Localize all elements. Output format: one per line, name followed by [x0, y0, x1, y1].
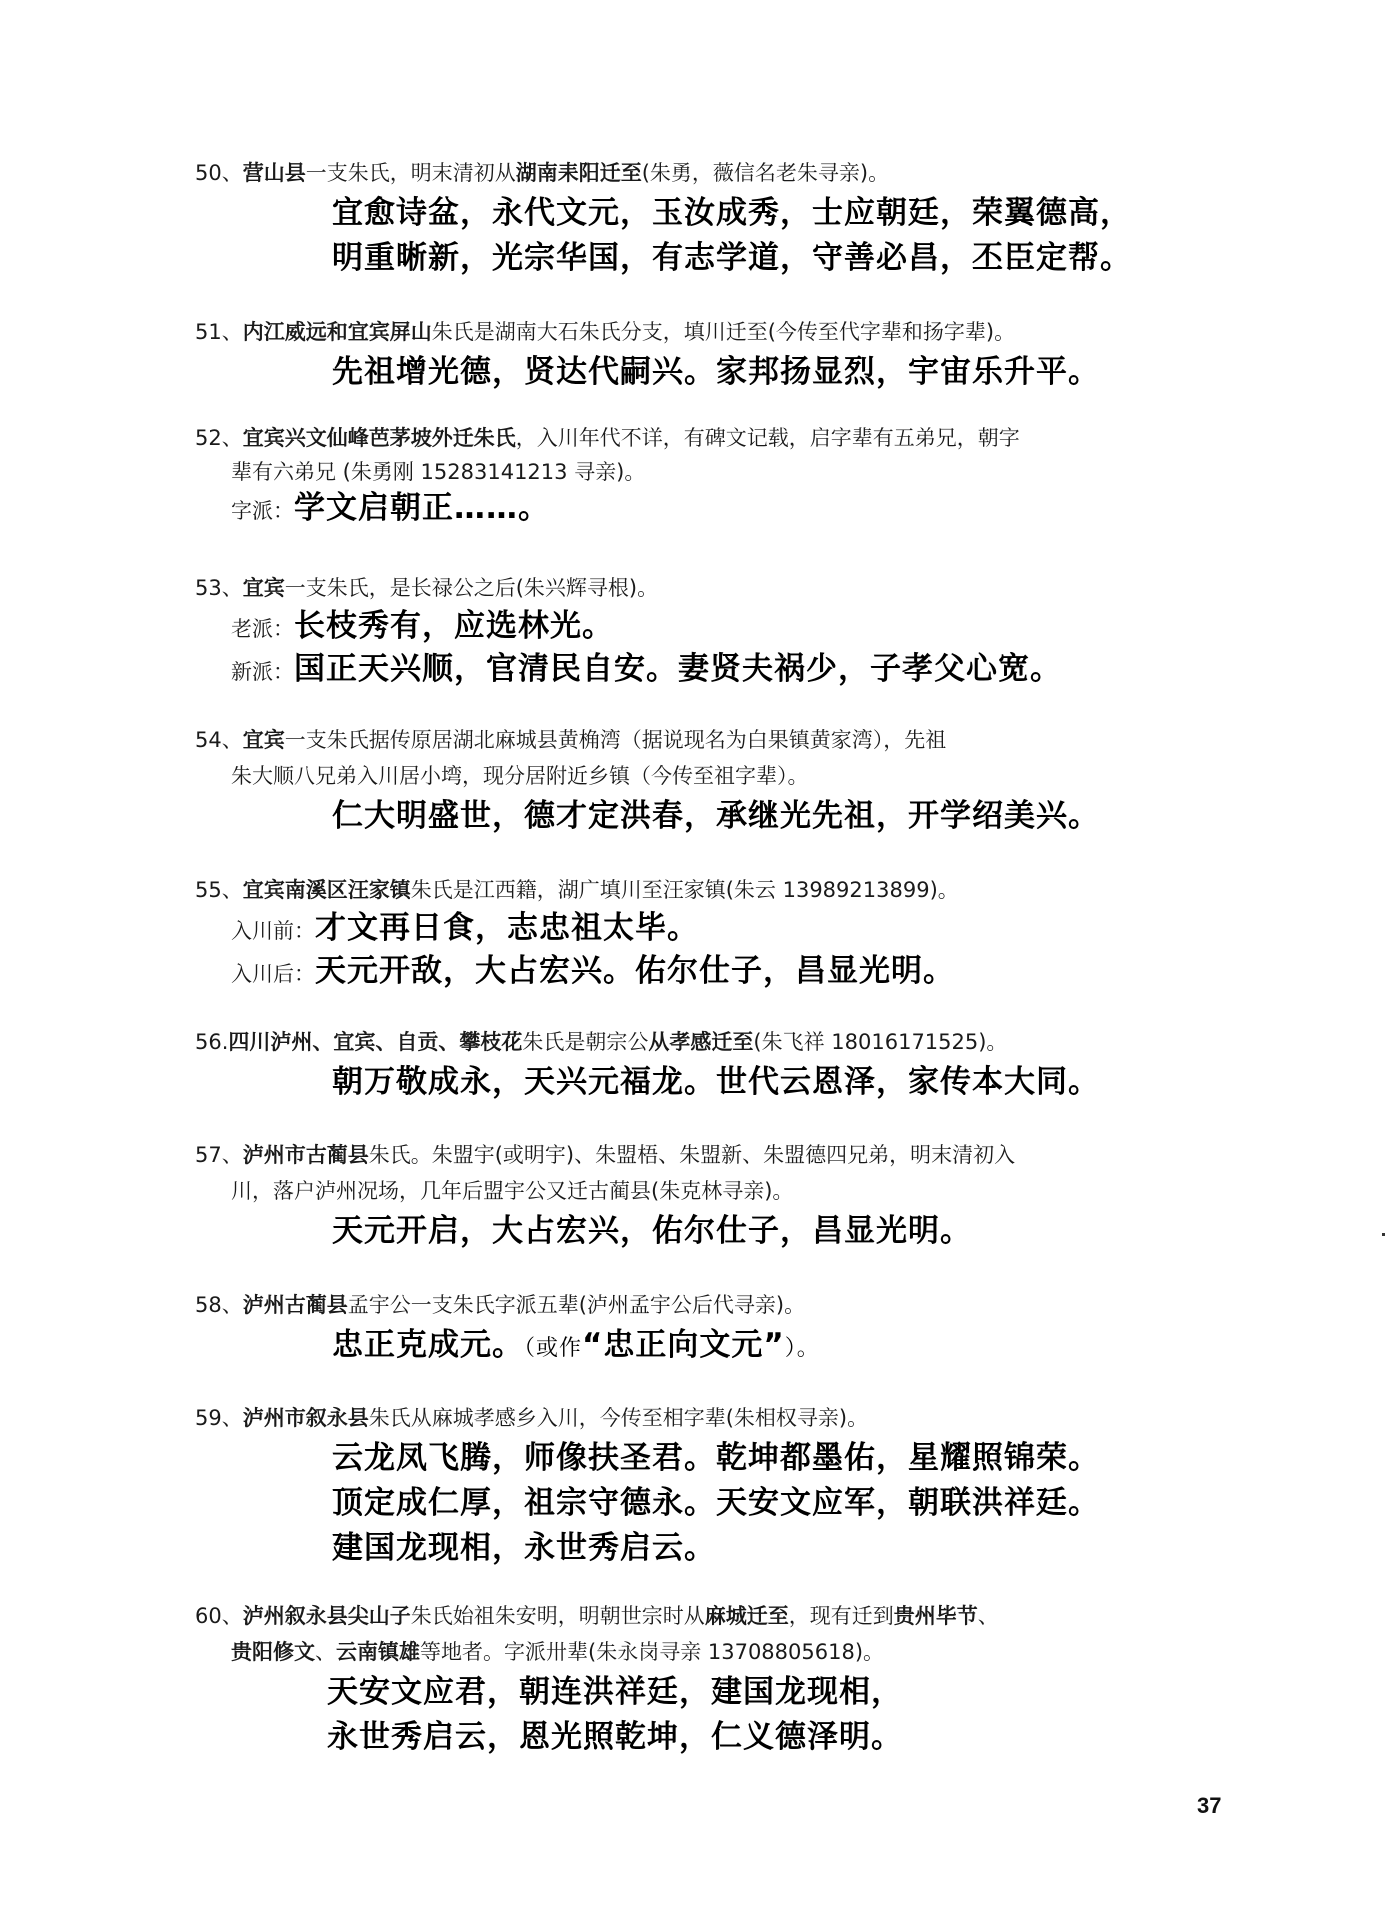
contact-note: (朱勇，薇信名老朱寻亲)。 [642, 161, 889, 185]
entry-heading: 55、宜宾南溪区汪家镇朱氏是江西籍，湖广填川至汪家镇(朱云 1398921389… [195, 880, 1235, 901]
heading-text: 一支朱氏，是长禄公之后(朱兴辉寻根)。 [285, 576, 658, 600]
place-name: 泸州市古蔺县 [243, 1143, 369, 1167]
entry-50: 50、营山县一支朱氏，明末清初从湖南耒阳迁至(朱勇，薇信名老朱寻亲)。 宜愈诗盆… [195, 163, 1235, 274]
scan-speck [1382, 1233, 1385, 1236]
entry-number: 58、 [195, 1293, 243, 1317]
generation-poem-line: 云龙凤飞腾，师像扶圣君。乾坤都墨佑，星耀照锦荣。 [195, 1443, 1235, 1474]
poem-alternate: “忠正向文元” [582, 1327, 785, 1363]
entry-58: 58、泸州古蔺县孟宇公一支朱氏字派五辈(泸州孟宇公后代寻亲)。 忠正克成元。（或… [195, 1295, 1235, 1361]
entry-number: 51、 [195, 320, 243, 344]
generation-poem-line: 顶定成仁厚，祖宗守德永。天安文应军，朝联洪祥廷。 [195, 1488, 1235, 1519]
page-number: 37 [1197, 1793, 1221, 1819]
entry-number: 55、 [195, 878, 243, 902]
generation-poem-line: 国正天兴顺，官清民自安。妻贤夫祸少，子孝父心宽。 [294, 651, 1062, 687]
poem-label: 老派： [195, 617, 294, 641]
contact-note: 等地者。字派卅辈(朱永岗寻亲 13708805618)。 [420, 1640, 884, 1664]
entry-number: 57、 [195, 1143, 243, 1167]
place-name: 宜宾 [243, 728, 285, 752]
heading-text: ，入川年代不详，有碑文记载，启字辈有五弟兄，朝字 [516, 426, 1020, 450]
heading-text: 朱氏是江西籍，湖广填川至汪家镇(朱云 13989213899)。 [411, 878, 959, 902]
poem-alt-close: ）。 [785, 1336, 820, 1361]
entry-number: 60、 [195, 1604, 243, 1628]
heading-text: 朱氏从麻城孝感乡入川，今传至相字辈(朱相权寻亲)。 [369, 1406, 868, 1430]
entry-55: 55、宜宾南溪区汪家镇朱氏是江西籍，湖广填川至汪家镇(朱云 1398921389… [195, 880, 1235, 987]
poem-label: 新派： [195, 660, 294, 684]
entry-heading: 51、内江威远和宜宾屏山朱氏是湖南大石朱氏分支，填川迁至(今传至代字辈和扬字辈)… [195, 322, 1235, 343]
heading-text: 一支朱氏，明末清初从 [306, 161, 516, 185]
entry-heading: 60、泸州叙永县尖山子朱氏始祖朱安明，明朝世宗时从麻城迁至，现有迁到贵州毕节、 [195, 1606, 1235, 1627]
generation-poem-line: 天元开敌，大占宏兴。佑尔仕子，昌显光明。 [315, 953, 955, 989]
entry-53: 53、宜宾一支朱氏，是长禄公之后(朱兴辉寻根)。 老派：长枝秀有，应选林光。 新… [195, 578, 1235, 685]
entry-56: 56.四川泸州、宜宾、自贡、攀枝花朱氏是朝宗公从孝感迁至(朱飞祥 1801617… [195, 1032, 1235, 1098]
entry-52: 52、宜宾兴文仙峰芭茅坡外迁朱氏，入川年代不详，有碑文记载，启字辈有五弟兄，朝字… [195, 428, 1235, 524]
destination-name: 云南镇雄 [336, 1640, 420, 1664]
generation-poem-line: 仁大明盛世，德才定洪春，承继光先祖，开学绍美兴。 [195, 801, 1235, 832]
generation-poem-line: 建国龙现相，永世秀启云。 [195, 1533, 1235, 1564]
entry-heading: 57、泸州市古蔺县朱氏。朱盟宇(或明宇)、朱盟梧、朱盟新、朱盟德四兄弟，明末清初… [195, 1145, 1235, 1166]
origin-name: 从孝感迁至 [648, 1030, 753, 1054]
generation-poem-line: 才文再日食，志忠祖太毕。 [315, 910, 699, 946]
entry-number: 56. [195, 1030, 228, 1054]
poem-label: 字派： [195, 499, 294, 523]
entry-57: 57、泸州市古蔺县朱氏。朱盟宇(或明宇)、朱盟梧、朱盟新、朱盟德四兄弟，明末清初… [195, 1145, 1235, 1247]
labeled-poem: 字派：学文启朝正……。 [195, 493, 1235, 524]
heading-text: 朱氏是朝宗公 [522, 1030, 648, 1054]
place-name: 泸州叙永县尖山子 [243, 1604, 411, 1628]
entry-59: 59、泸州市叙永县朱氏从麻城孝感乡入川，今传至相字辈(朱相权寻亲)。 云龙凤飞腾… [195, 1408, 1235, 1564]
heading-continuation: 川，落户泸州况场，几年后盟宇公又迁古蔺县(朱克林寻亲)。 [195, 1181, 1235, 1202]
entry-51: 51、内江威远和宜宾屏山朱氏是湖南大石朱氏分支，填川迁至(今传至代字辈和扬字辈)… [195, 322, 1235, 388]
generation-poem-line: 宜愈诗盆，永代文元，玉汝成秀，士应朝廷，荣翼德高， [195, 198, 1235, 229]
heading-text: 、 [315, 1640, 336, 1664]
poem-alt-note: （或作 [524, 1336, 582, 1361]
destination-name: 贵州毕节 [894, 1604, 978, 1628]
place-name: 宜宾兴文仙峰芭茅坡外迁朱氏 [243, 426, 516, 450]
heading-text: 一支朱氏据传原居湖北麻城县黄桷湾（据说现名为白果镇黄家湾），先祖 [285, 728, 947, 752]
labeled-poem: 新派：国正天兴顺，官清民自安。妻贤夫祸少，子孝父心宽。 [195, 654, 1235, 685]
entry-60: 60、泸州叙永县尖山子朱氏始祖朱安明，明朝世宗时从麻城迁至，现有迁到贵州毕节、 … [195, 1606, 1235, 1753]
entry-number: 59、 [195, 1406, 243, 1430]
heading-continuation: 朱大顺八兄弟入川居小塆，现分居附近乡镇（今传至祖字辈）。 [195, 766, 1235, 787]
generation-poem-line: 先祖增光德，贤达代嗣兴。家邦扬显烈，宇宙乐升平。 [195, 357, 1235, 388]
generation-poem-line: 天安文应君，朝连洪祥廷，建国龙现相， [195, 1677, 1235, 1708]
generation-poem-line: 明重晰新，光宗华国，有志学道，守善必昌，丕臣定帮。 [195, 243, 1235, 274]
generation-poem-line: 长枝秀有，应选林光。 [294, 608, 614, 644]
destination-name: 贵阳修文 [231, 1640, 315, 1664]
entry-heading: 54、宜宾一支朱氏据传原居湖北麻城县黄桷湾（据说现名为白果镇黄家湾），先祖 [195, 730, 1235, 751]
entry-54: 54、宜宾一支朱氏据传原居湖北麻城县黄桷湾（据说现名为白果镇黄家湾），先祖 朱大… [195, 730, 1235, 832]
place-name: 泸州古蔺县 [243, 1293, 348, 1317]
entry-number: 52、 [195, 426, 243, 450]
heading-text: 朱氏始祖朱安明，明朝世宗时从 [411, 1604, 705, 1628]
entry-number: 54、 [195, 728, 243, 752]
place-name: 内江威远和宜宾屏山 [243, 320, 432, 344]
heading-text: ，现有迁到 [789, 1604, 894, 1628]
entry-heading: 53、宜宾一支朱氏，是长禄公之后(朱兴辉寻根)。 [195, 578, 1235, 599]
entry-heading: 52、宜宾兴文仙峰芭茅坡外迁朱氏，入川年代不详，有碑文记载，启字辈有五弟兄，朝字 [195, 428, 1235, 449]
entry-heading: 50、营山县一支朱氏，明末清初从湖南耒阳迁至(朱勇，薇信名老朱寻亲)。 [195, 163, 1235, 184]
heading-continuation: 辈有六弟兄 (朱勇刚 15283141213 寻亲)。 [195, 462, 1235, 483]
entry-heading: 58、泸州古蔺县孟宇公一支朱氏字派五辈(泸州孟宇公后代寻亲)。 [195, 1295, 1235, 1316]
contact-note: (朱飞祥 18016171525)。 [753, 1030, 1007, 1054]
place-name: 宜宾 [243, 576, 285, 600]
heading-text: 孟宇公一支朱氏字派五辈(泸州孟宇公后代寻亲)。 [348, 1293, 805, 1317]
entry-number: 50、 [195, 161, 243, 185]
generation-poem-line: 天元开启，大占宏兴，佑尔仕子，昌显光明。 [195, 1216, 1235, 1247]
place-name: 营山县 [243, 161, 306, 185]
heading-text: 朱氏。朱盟宇(或明宇)、朱盟梧、朱盟新、朱盟德四兄弟，明末清初入 [369, 1143, 1015, 1167]
heading-text: 、 [978, 1604, 999, 1628]
document-page: 50、营山县一支朱氏，明末清初从湖南耒阳迁至(朱勇，薇信名老朱寻亲)。 宜愈诗盆… [0, 0, 1396, 1920]
generation-poem-line: 忠正克成元。（或作“忠正向文元”）。 [195, 1330, 1235, 1361]
poem-label: 入川后： [195, 962, 315, 986]
origin-name: 麻城迁至 [705, 1604, 789, 1628]
generation-poem-line: 朝万敬成永，天兴元福龙。世代云恩泽，家传本大同。 [195, 1067, 1235, 1098]
place-name: 宜宾南溪区汪家镇 [243, 878, 411, 902]
entry-heading: 59、泸州市叙永县朱氏从麻城孝感乡入川，今传至相字辈(朱相权寻亲)。 [195, 1408, 1235, 1429]
entry-number: 53、 [195, 576, 243, 600]
heading-continuation: 贵阳修文、云南镇雄等地者。字派卅辈(朱永岗寻亲 13708805618)。 [195, 1642, 1235, 1663]
generation-poem-line: 永世秀启云，恩光照乾坤，仁义德泽明。 [195, 1722, 1235, 1753]
origin-name: 湖南耒阳迁至 [516, 161, 642, 185]
labeled-poem: 老派：长枝秀有，应选林光。 [195, 611, 1235, 642]
place-name: 四川泸州、宜宾、自贡、攀枝花 [228, 1030, 522, 1054]
poem-primary: 忠正克成元。 [332, 1327, 524, 1363]
labeled-poem: 入川后：天元开敌，大占宏兴。佑尔仕子，昌显光明。 [195, 956, 1235, 987]
poem-label: 入川前： [195, 919, 315, 943]
heading-text: 朱氏是湖南大石朱氏分支，填川迁至(今传至代字辈和扬字辈)。 [432, 320, 1015, 344]
generation-poem-line: 学文启朝正……。 [294, 490, 550, 526]
entry-heading: 56.四川泸州、宜宾、自贡、攀枝花朱氏是朝宗公从孝感迁至(朱飞祥 1801617… [195, 1032, 1235, 1053]
labeled-poem: 入川前：才文再日食，志忠祖太毕。 [195, 913, 1235, 944]
place-name: 泸州市叙永县 [243, 1406, 369, 1430]
